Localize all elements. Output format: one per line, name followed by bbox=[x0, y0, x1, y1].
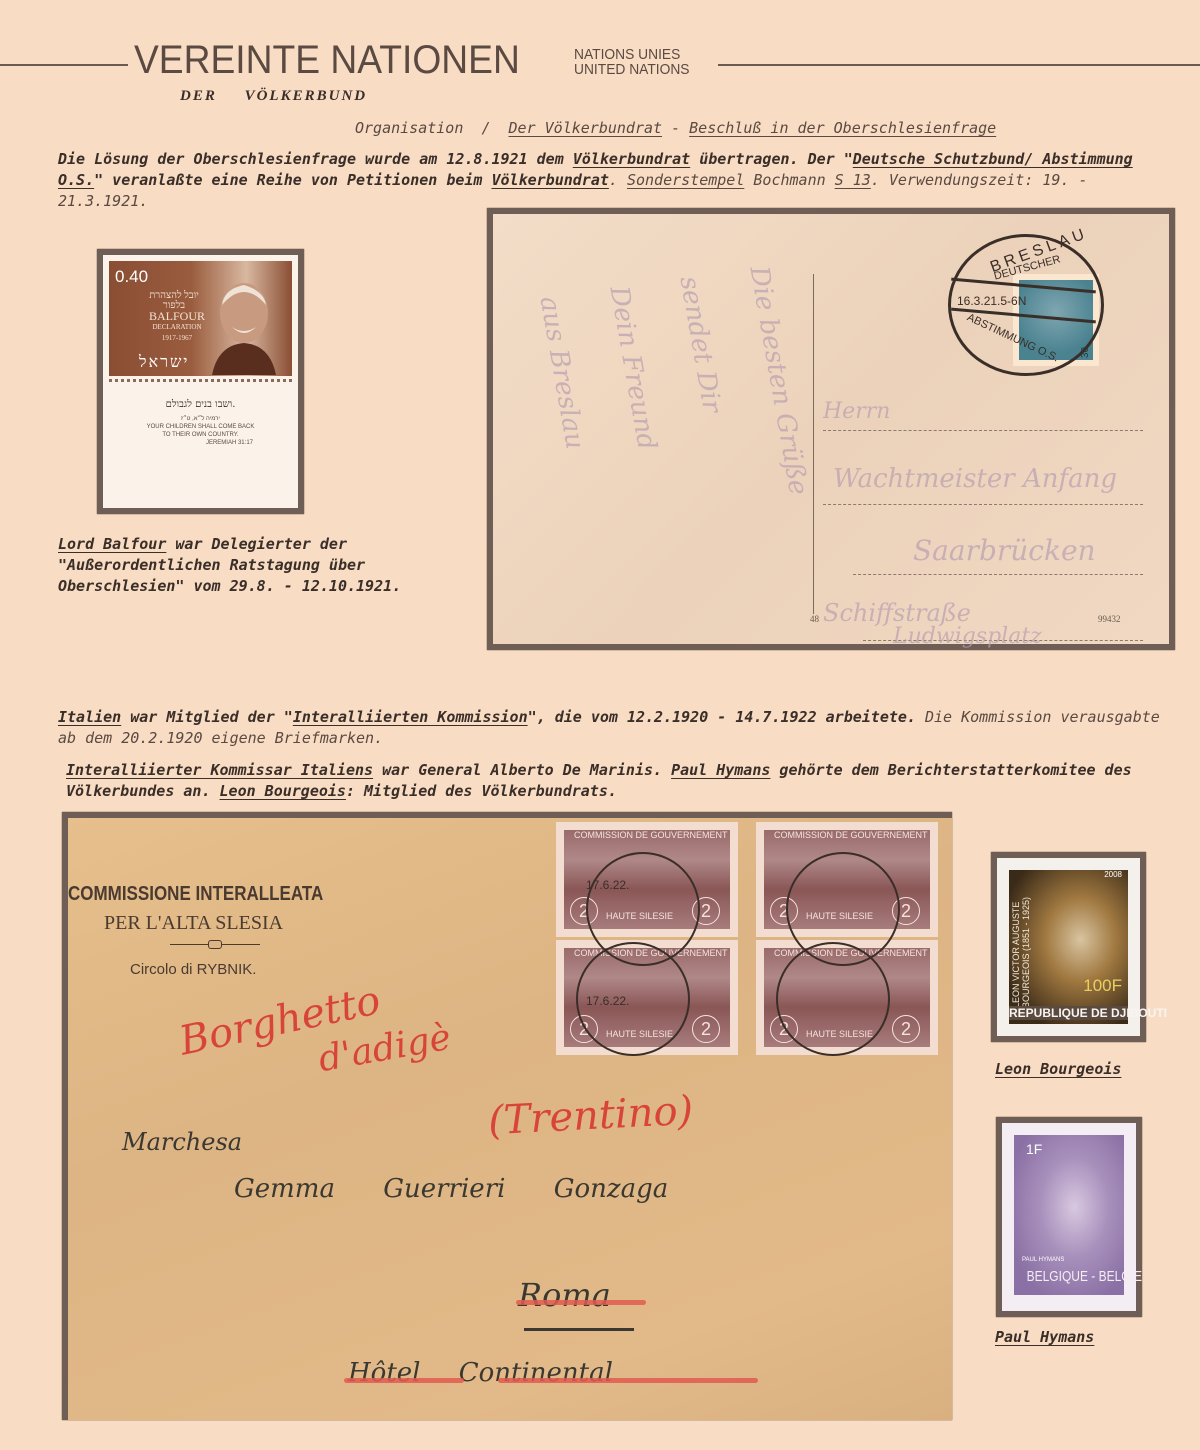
subtitle-fr: NATIONS UNIES bbox=[574, 47, 690, 62]
message-line: Die besten Grüße bbox=[743, 264, 813, 497]
intro-link-voelkerbundrat: Völkerbundrat bbox=[573, 150, 690, 168]
cancel-date: 17.6.22. bbox=[586, 878, 629, 892]
address-script: Wachtmeister Anfang bbox=[833, 464, 1117, 494]
handwriting-address: Marchesa bbox=[122, 1128, 242, 1156]
stamp-sheet: 2008 LEON VICTOR AUGUSTE BOURGEOIS (1851… bbox=[997, 858, 1140, 1036]
commissar-text: war General Alberto De Marinis. bbox=[373, 761, 671, 779]
subtitle-en: UNITED NATIONS bbox=[574, 62, 690, 77]
commissar-paragraph: Interalliierter Kommissar Italiens war G… bbox=[66, 760, 1178, 802]
postcard-message: Dein Freund bbox=[603, 284, 661, 452]
address-line bbox=[823, 504, 1143, 505]
djibouti-stamp: 2008 LEON VICTOR AUGUSTE BOURGEOIS (1851… bbox=[991, 852, 1146, 1042]
address-script: Herrn bbox=[823, 399, 890, 424]
portrait-icon bbox=[204, 275, 284, 375]
intro-link-s13: S 13 bbox=[835, 171, 871, 189]
stamp-block-of-four: COMMISSION DE GOUVERNEMENT HAUTE SILESIE… bbox=[556, 822, 946, 1070]
address-line bbox=[853, 574, 1143, 575]
cancel-date: 16.3.21.5-6N bbox=[957, 294, 1026, 308]
balfour-stamp: 0.40 יובל להצהרת בלפור BALFOUR DECLARATI… bbox=[97, 249, 304, 514]
rybnik-cancel-icon bbox=[776, 942, 890, 1056]
stamp-balfour: BALFOUR bbox=[149, 311, 205, 322]
intro-text: " veranlaßte eine Reihe von Petitionen b… bbox=[94, 171, 491, 189]
stamp-tab: ירמיה ל״א, ט״ז YOUR CHILDREN SHALL COME … bbox=[103, 415, 298, 447]
commissar-text: : Mitglied des Völkerbundrats. bbox=[346, 782, 617, 800]
section-title: DER VÖLKERBUND bbox=[180, 88, 367, 105]
postcard-message: sendet Dir bbox=[673, 274, 726, 415]
stamp-country: BELGIQUE - BELGIE bbox=[1027, 1268, 1112, 1285]
header-rule-left bbox=[0, 64, 128, 66]
stamp-name: LEON VICTOR AUGUSTE BOURGEOIS (1851 - 19… bbox=[1011, 897, 1031, 1008]
stamp-value: 2 bbox=[692, 1015, 720, 1043]
address-line bbox=[823, 430, 1143, 431]
postcard-message: aus Breslau bbox=[533, 294, 589, 452]
address-script: Saarbrücken bbox=[913, 534, 1096, 567]
stamp-tab-ref: JEREMIAH 31:17 bbox=[103, 439, 298, 447]
perforation bbox=[109, 379, 292, 382]
stamp-design: 0.40 יובל להצהרת בלפור BALFOUR DECLARATI… bbox=[109, 261, 292, 376]
italy-paragraph: Italien war Mitglied der "Interalliierte… bbox=[58, 707, 1178, 749]
postcard-surface: Die besten Grüße sendet Dir Dein Freund … bbox=[493, 214, 1169, 644]
postcard-breslau: Die besten Grüße sendet Dir Dein Freund … bbox=[487, 208, 1175, 650]
red-strikethrough bbox=[516, 1300, 646, 1305]
intro-text: Bochmann bbox=[744, 171, 834, 189]
page-title: VEREINTE NATIONEN bbox=[134, 38, 520, 83]
stamp-sheet: 1F PAUL HYMANS BELGIQUE - BELGIE bbox=[1002, 1123, 1136, 1311]
breadcrumb-dash: - bbox=[671, 119, 680, 137]
link-leon-bourgeois: Leon Bourgeois bbox=[220, 782, 346, 800]
envelope-surface: COMMISSIONE INTERALLEATA PER L'ALTA SLES… bbox=[68, 818, 952, 1420]
balfour-caption: Lord Balfour war Delegierter der "Außero… bbox=[58, 534, 478, 597]
breadcrumb-organisation: Organisation bbox=[355, 119, 463, 137]
stamp-tab-ref-hebrew: ירמיה ל״א, ט״ז bbox=[103, 415, 298, 423]
intro-paragraph: Die Lösung der Oberschlesienfrage wurde … bbox=[58, 149, 1178, 212]
stamp-value: 100F bbox=[1083, 976, 1122, 996]
stamp-country-hebrew: ישראל bbox=[139, 352, 189, 372]
handwriting-address: Hôtel Continental bbox=[348, 1358, 613, 1388]
stamp-label: יובל להצהרת בלפור BALFOUR DECLARATION 19… bbox=[149, 325, 205, 344]
red-strikethrough bbox=[344, 1378, 464, 1383]
stamp-top-text: COMMISSION DE GOUVERNEMENT bbox=[774, 830, 928, 840]
envelope-heading: COMMISSIONE INTERALLEATA bbox=[68, 883, 323, 906]
intro-text: . bbox=[609, 171, 627, 189]
caption-leon-bourgeois: Leon Bourgeois bbox=[995, 1060, 1121, 1078]
link-interalliierte-kommission: Interalliierten Kommission bbox=[293, 708, 528, 726]
handwriting-address: Roma bbox=[518, 1276, 611, 1314]
stamp-value: 1F bbox=[1026, 1141, 1042, 1157]
print-number: 48 bbox=[810, 614, 819, 624]
stamp-country: REPUBLIQUE DE DJIBOUTI bbox=[1009, 1006, 1128, 1020]
breadcrumb: Organisation / Der Völkerbundrat - Besch… bbox=[355, 119, 996, 137]
link-lord-balfour: Lord Balfour bbox=[58, 535, 166, 553]
stamp-value: 2 bbox=[892, 1015, 920, 1043]
stamp-year: 2008 bbox=[1104, 870, 1122, 879]
link-kommissar-italiens: Interalliierter Kommissar Italiens bbox=[66, 761, 373, 779]
stamp-hebrew-text: יובל להצהרת בלפור bbox=[149, 291, 199, 311]
postcard-divider bbox=[813, 274, 814, 614]
message-line: aus Breslau bbox=[533, 294, 589, 452]
stamp-top-text: COMMISSION DE GOUVERNEMENT bbox=[574, 830, 728, 840]
handwriting-address: Gemma Guerrieri Gonzaga bbox=[234, 1174, 668, 1204]
stamp-value: 0.40 bbox=[115, 267, 148, 287]
italy-text: ", die vom 12.2.1920 - 14.7.1922 arbeite… bbox=[528, 708, 916, 726]
stamp-sheet: 0.40 יובל להצהרת בלפור BALFOUR DECLARATI… bbox=[103, 255, 298, 508]
caption-text: Paul Hymans bbox=[995, 1328, 1094, 1346]
red-strikethrough bbox=[498, 1378, 758, 1383]
breadcrumb-separator: / bbox=[481, 119, 490, 137]
page-subtitle: NATIONS UNIES UNITED NATIONS bbox=[574, 47, 690, 77]
link-paul-hymans: Paul Hymans bbox=[671, 761, 770, 779]
envelope-subheading: PER L'ALTA SLESIA bbox=[104, 912, 283, 935]
print-number: 99432 bbox=[1098, 614, 1121, 624]
underline-stroke bbox=[524, 1328, 634, 1331]
envelope-rybnik: COMMISSIONE INTERALLEATA PER L'ALTA SLES… bbox=[62, 812, 952, 1420]
intro-text: Die Lösung der Oberschlesienfrage wurde … bbox=[58, 150, 573, 168]
ornament-icon bbox=[208, 940, 222, 949]
cancel-date: 17.6.22. bbox=[586, 994, 629, 1008]
envelope-district: Circolo di RYBNIK. bbox=[130, 961, 256, 978]
stamp-declaration: DECLARATION bbox=[149, 322, 205, 333]
breadcrumb-voelkerbundrat: Der Völkerbundrat bbox=[509, 119, 663, 137]
caption-paul-hymans: Paul Hymans bbox=[995, 1328, 1094, 1346]
italy-text: war Mitglied der " bbox=[121, 708, 293, 726]
intro-link-sonderstempel: Sonderstempel bbox=[627, 171, 744, 189]
header-rule-right bbox=[718, 64, 1200, 66]
stamp-tab-hebrew: ושבו בנים לגבולם. bbox=[103, 399, 298, 410]
link-italien: Italien bbox=[58, 708, 121, 726]
postcard-message: Die besten Grüße bbox=[743, 264, 813, 497]
message-line: Dein Freund bbox=[603, 284, 661, 452]
breadcrumb-topic: Beschluß in der Oberschlesienfrage bbox=[689, 119, 996, 137]
belgique-stamp: 1F PAUL HYMANS BELGIQUE - BELGIE bbox=[996, 1117, 1142, 1317]
stamp-name-line: BOURGEOIS (1851 - 1925) bbox=[1021, 897, 1031, 1008]
stamp-years: 1917-1967 bbox=[149, 333, 205, 344]
handwriting-red: (Trentino) bbox=[487, 1088, 694, 1145]
caption-text: Leon Bourgeois bbox=[995, 1060, 1121, 1078]
message-line: sendet Dir bbox=[673, 274, 726, 415]
stamp-tab-english: YOUR CHILDREN SHALL COME BACK TO THEIR O… bbox=[146, 423, 256, 439]
intro-link-voelkerbundrat-2: Völkerbundrat bbox=[491, 171, 608, 189]
stamp-name-line: LEON VICTOR AUGUSTE bbox=[1011, 897, 1021, 1008]
address-script: Ludwigsplatz bbox=[893, 624, 1042, 649]
address-script: Schiffstraße bbox=[823, 599, 971, 627]
intro-text: übertragen. Der " bbox=[690, 150, 853, 168]
stamp-name: PAUL HYMANS bbox=[1022, 1257, 1064, 1263]
